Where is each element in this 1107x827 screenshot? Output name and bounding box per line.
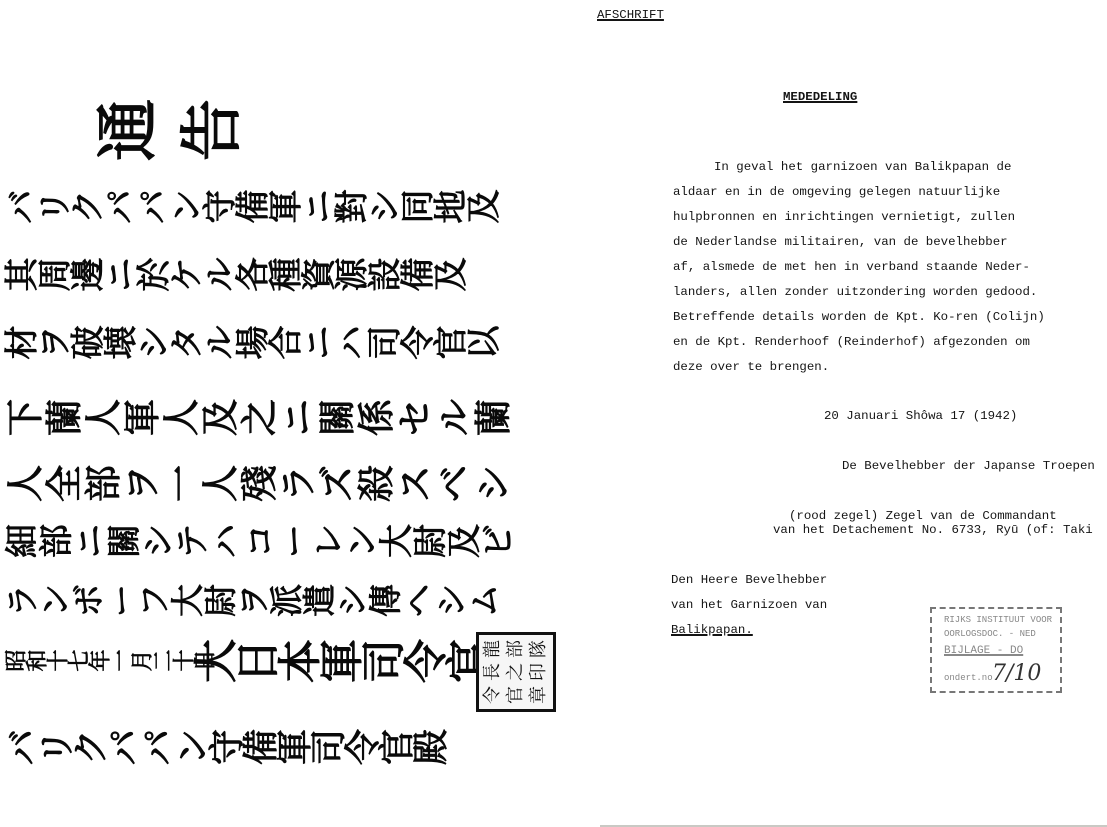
seal-note-line-2: van het Detachement No. 6733, Ryū (of: T…	[773, 524, 1093, 536]
sender-line: De Bevelhebber der Japanse Troepen	[842, 460, 1095, 472]
stamp-number: 7/10	[992, 661, 1041, 686]
japanese-line-2: 其周邊ニ於ケル各種資源設備及	[6, 258, 468, 292]
seal-note-line-1: (rood zegel) Zegel van de Commandant	[789, 510, 1057, 522]
stamp-line-4: ondert.no.	[944, 673, 998, 683]
body-line: deze over te brengen.	[673, 361, 829, 373]
japanese-line-1: バリクパパン守備軍ニ對シ同地及	[6, 190, 501, 224]
stamp-line-3: BIJLAGE - DO	[944, 645, 1023, 657]
dutch-transcription-page: AFSCHRIFT MEDEDELING In geval het garniz…	[597, 0, 1107, 827]
addressee-line-3: Balikpapan.	[671, 624, 753, 636]
japanese-title: 通告	[86, 88, 254, 150]
body-line: Betreffende details worden de Kpt. Ko-re…	[673, 311, 1045, 323]
red-seal-stamp: 龍部隊長之印令官章	[476, 632, 556, 712]
body-line: In geval het garnizoen van Balikpapan de	[714, 161, 1011, 173]
body-line: hulpbronnen en inrichtingen vernietigt, …	[673, 211, 1015, 223]
stamp-line-2: OORLOGSDOC. - NED	[944, 629, 1036, 639]
body-line: aldaar en in de omgeving gelegen natuurl…	[673, 186, 1000, 198]
afschrift-header: AFSCHRIFT	[597, 9, 664, 21]
stamp-line-1: RIJKS INSTITUUT VOOR	[944, 615, 1052, 625]
japanese-line-7: ランボーフ大尉ヲ派遣シ傳ヘシム	[6, 584, 501, 617]
archive-stamp: RIJKS INSTITUUT VOOR OORLOGSDOC. - NED B…	[930, 607, 1062, 693]
body-line: en de Kpt. Renderhoof (Reinderhof) afgez…	[673, 336, 1030, 348]
body-line: landers, allen zonder uitzondering worde…	[673, 286, 1037, 298]
japanese-line-5: 人全部ヲ一人殘ラズ殺スベシ	[6, 464, 513, 501]
japanese-addressee: バリクパパン守備軍司令官殿	[6, 730, 448, 766]
addressee-line-1: Den Heere Bevelhebber	[671, 574, 827, 586]
japanese-signatory: 大日本軍司令官	[196, 640, 490, 684]
japanese-line-6: 細部ニ關シテハコーレン大尉及ビ	[6, 524, 516, 558]
japanese-letter-page: 通告 バリクパパン守備軍ニ對シ同地及 其周邊ニ於ケル各種資源設備及 材ヲ破壊シタ…	[0, 0, 590, 827]
document-title: MEDEDELING	[783, 91, 857, 103]
body-line: de Nederlandse militairen, van de bevelh…	[673, 236, 1008, 248]
japanese-date-line: 昭和十七年一月二十日	[6, 650, 216, 672]
japanese-line-4: 下蘭人軍人及之ニ關係セル蘭	[6, 398, 513, 435]
body-line: af, alsmede de met hen in verband staand…	[673, 261, 1030, 273]
addressee-line-2: van het Garnizoen van	[671, 599, 827, 611]
japanese-line-3: 材ヲ破壊シタル場合ニハ司令官以	[6, 326, 501, 360]
document-date: 20 Januari Shôwa 17 (1942)	[824, 410, 1017, 422]
